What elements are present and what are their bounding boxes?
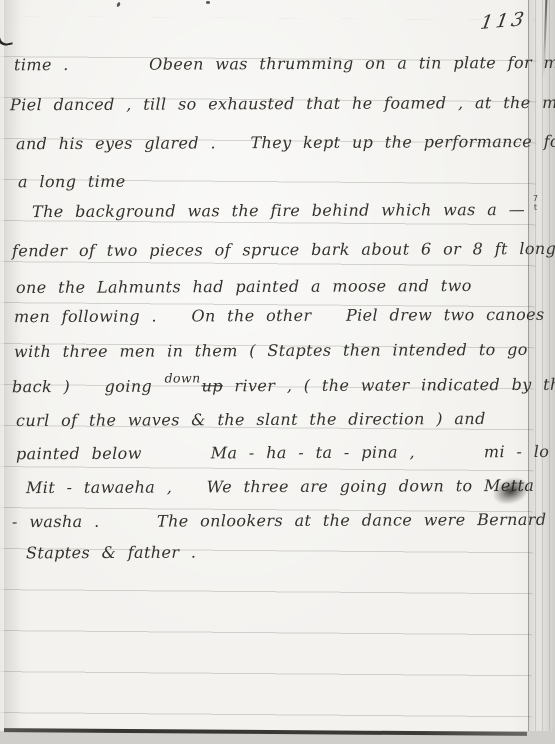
handwriting-layer: time . Obeen was thrumming on a tin plat… <box>0 0 555 744</box>
inserted-word: down <box>165 370 201 385</box>
handwritten-line-4: a long time <box>18 172 126 191</box>
handwritten-line-9: with three men in them ( Staptes then in… <box>14 340 528 361</box>
line-10-pre: back ) going <box>12 377 164 397</box>
scan-speck <box>206 1 210 4</box>
bleed-through-marks: 7 t <box>533 194 538 212</box>
bleed-mark: 7 <box>533 194 538 203</box>
handwritten-line-5: The background was the fire behind which… <box>32 200 525 221</box>
handwritten-line-15: Staptes & father . <box>26 543 196 563</box>
struck-word: up <box>202 376 223 395</box>
handwritten-line-8: men following . On the other Piel drew t… <box>14 305 545 326</box>
bleed-mark: t <box>534 203 537 212</box>
line-10-post: river , ( the water indicated by the <box>223 375 555 396</box>
handwritten-line-11: curl of the waves & the slant the direct… <box>16 409 486 430</box>
handwritten-line-2: Piel danced , till so exhausted that he … <box>10 93 555 115</box>
handwritten-line-3: and his eyes glared . They kept up the p… <box>16 132 555 153</box>
handwritten-line-14: - washa . The onlookers at the dance wer… <box>12 510 555 531</box>
scanned-notebook-page: 113 time . Obeen was thrumming on a tin … <box>0 0 555 744</box>
handwritten-line-6: fender of two pieces of spruce bark abou… <box>12 239 555 261</box>
handwritten-line-13: Mit - tawaeha , We three are going down … <box>26 476 534 497</box>
handwritten-line-10: back ) going downup river , ( the water … <box>12 375 555 396</box>
manuscript-page: 113 time . Obeen was thrumming on a tin … <box>0 0 555 744</box>
book-page-edge-right: 7 t <box>528 0 555 744</box>
handwritten-line-1: time . Obeen was thrumming on a tin plat… <box>14 53 555 75</box>
handwritten-line-12: painted below Ma - ha - ta - pina , mi -… <box>16 442 555 464</box>
handwritten-line-7: one the Lahmunts had painted a moose and… <box>16 276 472 297</box>
